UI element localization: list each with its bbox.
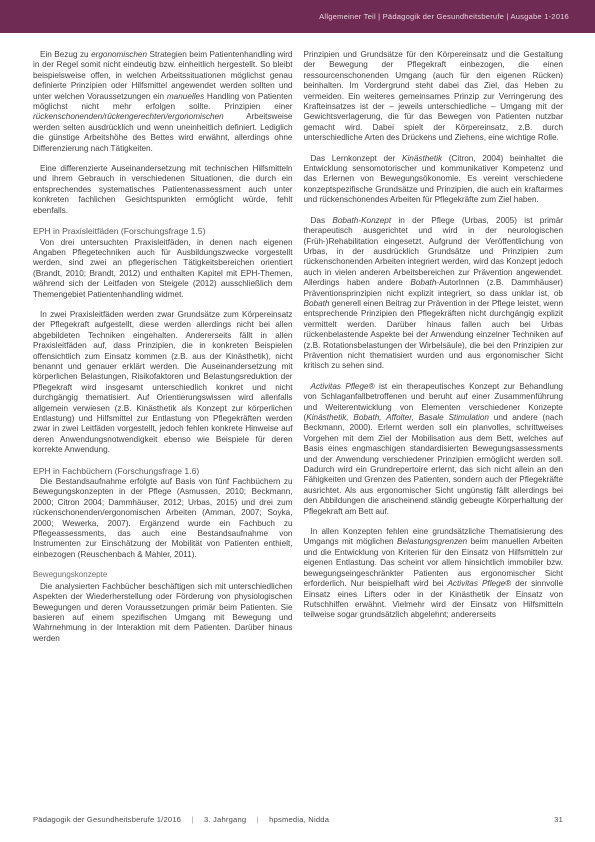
paragraph: Ein Bezug zu ergonomischen Strategien be…: [33, 50, 293, 154]
footer-volume: 3. Jahrgang: [204, 815, 246, 824]
paragraph: Prinzipien und Grundsätze für den Körper…: [304, 50, 564, 144]
section-heading: EPH in Fachbüchern (Forschungsfrage 1.6): [33, 466, 293, 476]
header-bar-text: Allgemeiner Teil | Pädagogik der Gesundh…: [319, 12, 569, 21]
section-heading: EPH in Praxisleitfäden (Forschungsfrage …: [33, 226, 293, 236]
paragraph: Das Bobath-Konzept in der Pflege (Urbas,…: [304, 216, 564, 372]
paragraph: Von drei untersuchten Praxisleitfäden, i…: [33, 238, 293, 300]
header-bar: Allgemeiner Teil | Pädagogik der Gesundh…: [0, 0, 595, 33]
footer-publisher: hpsmedia, Nidda: [269, 815, 329, 824]
footer-separator: |: [192, 815, 194, 824]
page-number: 31: [554, 815, 563, 824]
sub-heading: Bewegungskonzepte: [33, 570, 293, 580]
paragraph: In zwei Praxisleitfäden werden zwar Grun…: [33, 310, 293, 456]
column-left: Ein Bezug zu ergonomischen Strategien be…: [33, 50, 293, 654]
column-right: Prinzipien und Grundsätze für den Körper…: [304, 50, 564, 654]
paragraph: Die Bestandsaufnahme erfolgte auf Basis …: [33, 477, 293, 560]
paragraph: Activitas Pflege® ist ein therapeutische…: [304, 382, 564, 517]
footer-journal-title: Pädagogik der Gesundheitsberufe 1/2016: [33, 815, 181, 824]
document-page: Allgemeiner Teil | Pädagogik der Gesundh…: [0, 0, 595, 842]
paragraph: In allen Konzepten fehlen eine grundsätz…: [304, 527, 564, 621]
text-columns: Ein Bezug zu ergonomischen Strategien be…: [33, 50, 563, 654]
paragraph: Eine differenzierte Auseinandersetzung m…: [33, 164, 293, 216]
paragraph: Das Lernkonzept der Kinästhetik (Citron,…: [304, 154, 564, 206]
footer-journal-line: Pädagogik der Gesundheitsberufe 1/2016 |…: [33, 815, 329, 824]
page-footer: Pädagogik der Gesundheitsberufe 1/2016 |…: [33, 815, 563, 824]
paragraph: Die analysierten Fachbücher beschäftigen…: [33, 582, 293, 644]
footer-separator: |: [257, 815, 259, 824]
